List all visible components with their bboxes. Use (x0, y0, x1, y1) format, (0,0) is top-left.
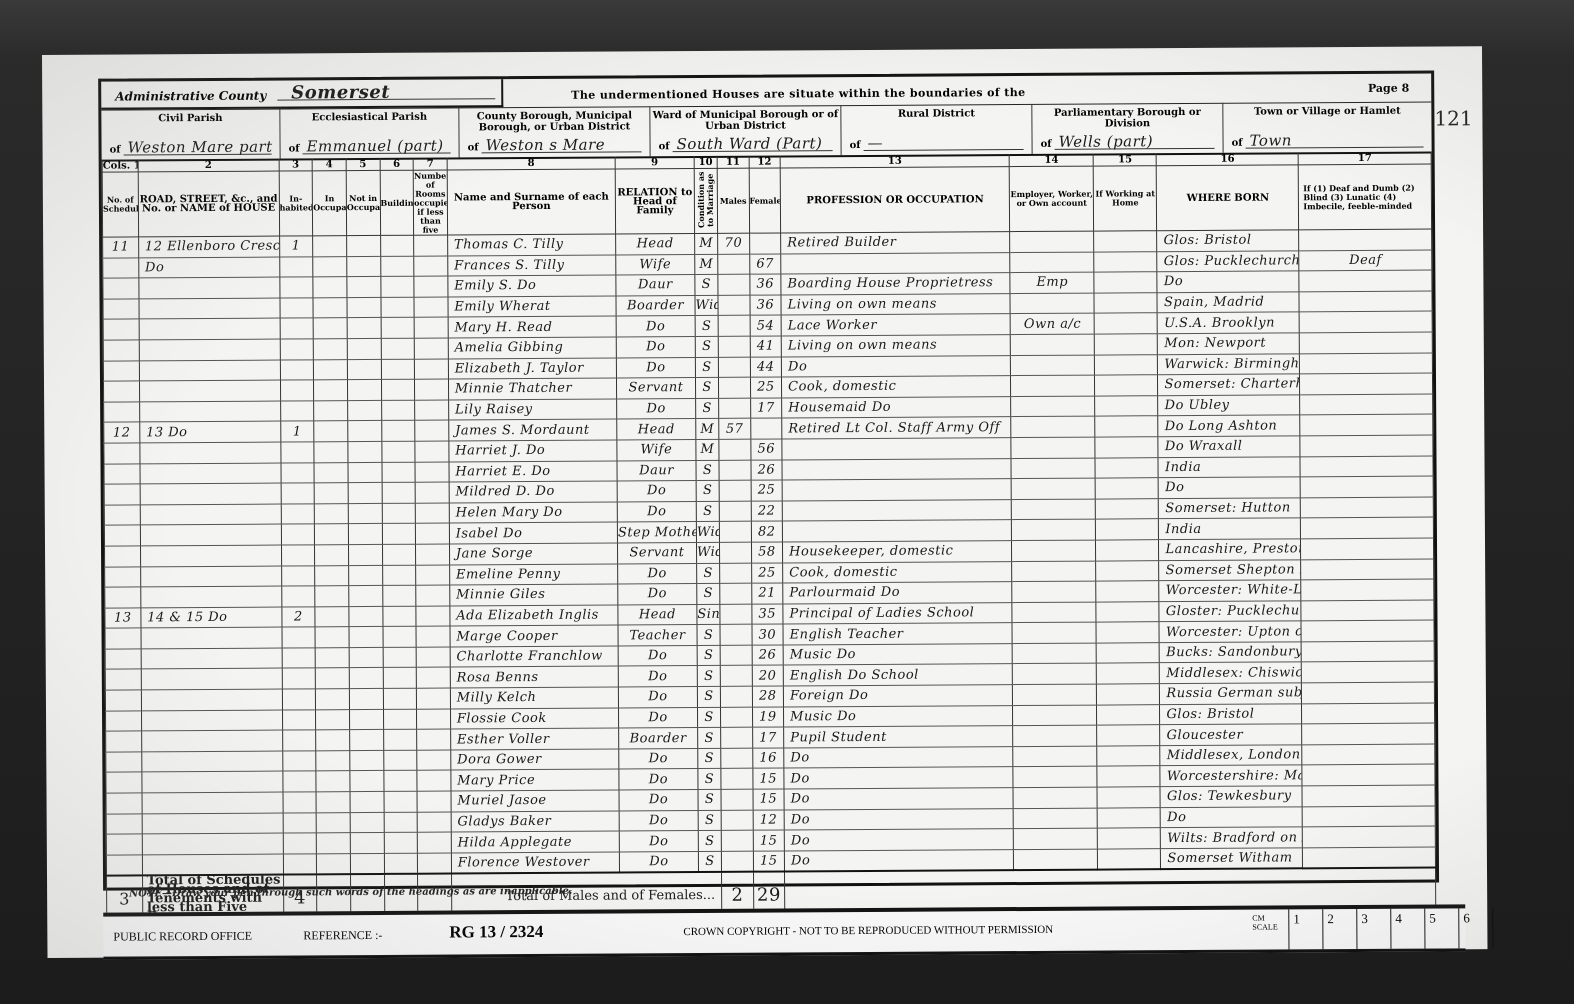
empty-cell (349, 709, 383, 730)
age-female: 17 (752, 727, 784, 748)
empty-cell (415, 503, 449, 524)
empty-cell (382, 565, 416, 586)
schedule-number (104, 484, 140, 505)
empty-cell (1095, 478, 1158, 499)
infirmity (1300, 373, 1433, 394)
person-name: Harriet E. Do (449, 461, 617, 483)
empty-cell (347, 256, 381, 277)
schedule-number (106, 834, 142, 855)
schedule-number (104, 443, 140, 464)
empty-cell (384, 812, 418, 833)
empty-cell (383, 750, 417, 771)
occupation: Do (784, 767, 1013, 789)
empty-cell (414, 317, 448, 338)
empty-cell (417, 812, 451, 833)
person-name: Muriel Jasoe (451, 790, 619, 812)
administrative-county-box: Administrative County Somerset (101, 79, 503, 109)
age-female: 17 (750, 398, 782, 419)
header-age-males: Males (717, 168, 749, 233)
district-ward: Ward of Municipal Borough or of Urban Di… (650, 105, 841, 156)
person-name: Hilda Applegate (451, 831, 619, 853)
schedule-number: 13 (105, 608, 141, 629)
relation: Boarder (619, 728, 698, 749)
empty-cell (416, 606, 450, 627)
empty-cell (417, 770, 451, 791)
employer-status (1011, 396, 1095, 417)
empty-cell (349, 668, 383, 689)
empty-cell (348, 441, 382, 462)
person-name: Mary H. Read (448, 316, 616, 338)
schedule-number (103, 360, 139, 381)
empty-cell (380, 235, 414, 256)
empty-cell (315, 524, 349, 545)
age-female: 19 (752, 707, 784, 728)
empty-cell (315, 648, 349, 669)
schedule-number (105, 649, 141, 670)
houses-inhabited (282, 689, 316, 710)
person-name: Minnie Giles (450, 584, 618, 606)
age-male (721, 830, 753, 851)
empty-cell (382, 482, 416, 503)
empty-cell (347, 297, 381, 318)
empty-cell (1094, 292, 1157, 313)
empty-cell (415, 482, 449, 503)
empty-cell (417, 750, 451, 771)
district-label: Ecclesiastical Parish (280, 107, 458, 123)
relation: Do (618, 666, 697, 687)
employer-status (1012, 643, 1096, 664)
person-name: Amelia Gibbing (448, 337, 616, 359)
empty-cell (1094, 231, 1157, 252)
occupation: Music Do (783, 643, 1012, 665)
age-male: 70 (718, 233, 750, 254)
person-name: Milly Kelch (450, 687, 618, 709)
empty-cell (383, 627, 417, 648)
empty-cell (418, 853, 452, 874)
empty-cell (1095, 354, 1158, 375)
schedule-number (103, 299, 139, 320)
empty-cell (1096, 581, 1159, 602)
relation: Do (617, 398, 696, 419)
empty-cell (381, 359, 415, 380)
where-born: Somerset Shepton Mallet (1159, 559, 1301, 580)
relation: Do (619, 790, 698, 811)
person-name: Harriet J. Do (449, 440, 617, 462)
infirmity (1301, 559, 1434, 580)
relation: Do (618, 645, 697, 666)
where-born: Worcester: White-Lady-Aston (1159, 580, 1301, 601)
empty-cell (349, 606, 383, 627)
district-value: Weston Mare part (128, 138, 273, 157)
where-born: Do (1159, 477, 1301, 498)
schedule-number (103, 340, 139, 361)
empty-cell (315, 586, 349, 607)
district-label: Rural District (841, 104, 1031, 120)
age-male (720, 583, 752, 604)
empty-cell (347, 277, 381, 298)
road-address (142, 771, 283, 792)
empty-cell (414, 297, 448, 318)
person-name: Isabel Do (449, 522, 617, 544)
age-male (719, 501, 751, 522)
houses-inhabited (282, 668, 316, 689)
road-address: 14 & 15 Do (141, 607, 282, 628)
age-female: 26 (752, 645, 784, 666)
road-address (139, 339, 280, 360)
empty-cell (350, 812, 384, 833)
empty-cell (415, 359, 449, 380)
empty-cell (416, 647, 450, 668)
where-born: Glos: Tewkesbury (1160, 786, 1302, 807)
houses-inhabited: 1 (279, 236, 313, 257)
employer-status (1011, 375, 1095, 396)
empty-cell (349, 688, 383, 709)
district-value: — (867, 134, 883, 152)
empty-cell (347, 380, 381, 401)
relation: Daur (617, 460, 696, 481)
record-office: PUBLIC RECORD OFFICE (113, 929, 252, 945)
road-address: 12 Ellenboro Crescent (138, 236, 279, 257)
age-female: 16 (752, 748, 784, 769)
houses-inhabited (280, 339, 314, 360)
schedule-number (104, 463, 140, 484)
empty-cell (417, 791, 451, 812)
empty-cell (348, 524, 382, 545)
infirmity: Deaf (1299, 250, 1432, 271)
employer-status (1011, 478, 1095, 499)
infirmity (1302, 744, 1435, 765)
empty-cell (349, 565, 383, 586)
marital-condition: S (696, 501, 719, 522)
schedule-number (106, 772, 142, 793)
empty-cell (314, 421, 348, 442)
empty-cell (1094, 313, 1157, 334)
schedule-number (105, 566, 141, 587)
empty-cell (316, 730, 350, 751)
empty-cell (414, 338, 448, 359)
empty-cell (414, 276, 448, 297)
employer-status (1011, 334, 1095, 355)
district-urban-district: County Borough, Municipal Borough, or Ur… (459, 106, 650, 157)
empty-cell (314, 442, 348, 463)
person-name: Helen Mary Do (449, 502, 617, 524)
empty-cell (314, 359, 348, 380)
infirmity (1300, 332, 1433, 353)
empty-cell (315, 606, 349, 627)
road-address (139, 401, 280, 422)
relation: Do (618, 584, 697, 605)
district-value: Emmanuel (part) (307, 137, 444, 156)
age-male (719, 521, 751, 542)
cm-scale: CM SCALE 1 2 3 4 5 6 (1248, 908, 1552, 950)
infirmity (1301, 476, 1434, 497)
empty-cell (316, 709, 350, 730)
empty-cell (1094, 251, 1157, 272)
district-label: County Borough, Municipal Borough, or Ur… (459, 106, 649, 133)
empty-cell (417, 688, 451, 709)
marital-condition: S (696, 480, 719, 501)
road-address (140, 463, 281, 484)
age-male (718, 377, 750, 398)
where-born: Glos: Pucklechurch (1157, 250, 1299, 271)
marital-condition: Single (697, 604, 720, 625)
cm-scale-label: CM SCALE (1248, 909, 1288, 949)
empty-cell (1098, 828, 1161, 849)
occupation (782, 479, 1011, 501)
where-born: Glos: Bristol (1160, 703, 1302, 724)
empty-cell (348, 400, 382, 421)
empty-cell (1095, 437, 1158, 458)
age-male (718, 316, 750, 337)
where-born: Do Long Ashton (1158, 415, 1300, 436)
houses-inhabited (282, 627, 316, 648)
houses-inhabited (280, 298, 314, 319)
schedule-number (106, 731, 142, 752)
occupation: Foreign Do (783, 685, 1012, 707)
where-born: Mon: Newport (1158, 333, 1300, 354)
occupation (782, 499, 1011, 521)
age-female: 15 (752, 768, 784, 789)
houses-inhabited (283, 771, 317, 792)
header-employer: Employer, Worker, or Own account (1009, 166, 1094, 232)
schedule-number (106, 814, 142, 835)
marital-condition: S (695, 378, 718, 399)
empty-cell (381, 379, 415, 400)
census-sheet: 121 Administrative County Somerset The u… (42, 46, 1487, 958)
empty-cell (348, 483, 382, 504)
road-address (140, 504, 281, 525)
empty-cell (316, 812, 350, 833)
empty-cell (384, 791, 418, 812)
where-born: Do Wraxall (1158, 436, 1300, 457)
district-label: Ward of Municipal Borough or of Urban Di… (650, 105, 840, 132)
district-value: Town (1249, 131, 1291, 149)
age-male (718, 254, 750, 275)
empty-cell (382, 462, 416, 483)
occupation: English Do School (783, 664, 1012, 686)
schedule-number: 12 (104, 422, 140, 443)
occupation (781, 252, 1010, 274)
schedule-number (104, 402, 140, 423)
schedule-number (106, 752, 142, 773)
houses-inhabited (279, 256, 313, 277)
marital-condition: S (697, 645, 720, 666)
employer-status (1013, 808, 1097, 829)
infirmity (1303, 847, 1436, 869)
empty-cell (348, 544, 382, 565)
empty-cell (349, 627, 383, 648)
relation: Do (619, 810, 698, 831)
occupation: Do (784, 808, 1013, 830)
age-male (719, 460, 751, 481)
marital-condition: Wid (695, 295, 718, 316)
where-born: Do (1161, 806, 1303, 827)
where-born: Bucks: Sandonbury (1160, 642, 1302, 663)
empty-cell (383, 709, 417, 730)
employer-status (1012, 602, 1096, 623)
empty-cell (414, 256, 448, 277)
empty-cell (383, 688, 417, 709)
empty-cell (1096, 540, 1159, 561)
person-name: Minnie Thatcher (448, 378, 616, 400)
employer-status (1010, 252, 1094, 273)
empty-cell (1095, 334, 1158, 355)
relation: Head (617, 419, 696, 440)
houses-inhabited (280, 359, 314, 380)
houses-inhabited (280, 380, 314, 401)
age-female: 15 (753, 851, 785, 872)
empty-cell (314, 339, 348, 360)
employer-status (1013, 725, 1097, 746)
where-born: U.S.A. Brooklyn (1158, 312, 1300, 333)
person-name: Thomas C. Tilly (447, 234, 615, 256)
marital-condition: M (696, 419, 719, 440)
person-name: Florence Westover (451, 852, 619, 874)
road-address (142, 792, 283, 813)
employer-status (1011, 355, 1095, 376)
where-born: Worcestershire: Malvern (1160, 765, 1302, 786)
empty-cell (382, 544, 416, 565)
empty-cell (1098, 807, 1161, 828)
district-civil-parish: Civil Parish of Weston Mare part (101, 109, 280, 160)
age-female: 30 (752, 624, 784, 645)
age-male (718, 336, 750, 357)
reference-number: RG 13 / 2324 (449, 922, 543, 943)
empty-cell (415, 420, 449, 441)
district-parliamentary: Parliamentary Borough or Division of Wel… (1032, 103, 1223, 154)
where-born: Russia German subject (1160, 683, 1302, 704)
empty-cell (1097, 643, 1160, 664)
empty-cell (416, 565, 450, 586)
houses-inhabited (281, 565, 315, 586)
road-address (140, 442, 281, 463)
empty-cell (316, 668, 350, 689)
empty-cell (384, 853, 418, 874)
administrative-county-label: Administrative County (115, 89, 266, 104)
occupation: Boarding House Proprietress (781, 273, 1010, 295)
where-born: Middlesex: Chiswick (1160, 662, 1302, 683)
occupation (782, 520, 1011, 542)
person-name: Elizabeth J. Taylor (448, 358, 616, 380)
empty-cell (380, 276, 414, 297)
relation: Step Mother (617, 522, 696, 543)
houses-inhabited (283, 792, 317, 813)
empty-cell (1096, 560, 1159, 581)
houses-inhabited (280, 401, 314, 422)
schedule-number (106, 793, 142, 814)
infirmity (1303, 826, 1436, 847)
age-male (720, 686, 752, 707)
employer-status (1013, 664, 1097, 685)
road-address (141, 730, 282, 751)
houses-inhabited (280, 318, 314, 339)
person-name: Gladys Baker (451, 811, 619, 833)
empty-cell (1096, 601, 1159, 622)
empty-cell (382, 524, 416, 545)
empty-cell (315, 627, 349, 648)
houses-inhabited (282, 709, 316, 730)
folio-number: 121 (1434, 106, 1472, 130)
empty-cell (347, 235, 381, 256)
infirmity (1302, 703, 1435, 724)
empty-cell (348, 503, 382, 524)
person-name: Esther Voller (450, 728, 618, 750)
age-female (749, 233, 781, 254)
where-born: Do Ubley (1158, 395, 1300, 416)
relation: Do (619, 748, 698, 769)
empty-cell (383, 668, 417, 689)
road-address (141, 710, 282, 731)
employer-status (1013, 787, 1097, 808)
marital-condition: S (698, 831, 721, 852)
relation: Do (618, 563, 697, 584)
relation: Do (619, 707, 698, 728)
employer-status (1012, 581, 1096, 602)
district-ecclesiastical-parish: Ecclesiastical Parish of Emmanuel (part) (280, 107, 459, 158)
schedule-number (105, 587, 141, 608)
empty-cell (348, 462, 382, 483)
header-condition: Condition as to Marriage (694, 168, 718, 233)
occupation: English Teacher (783, 623, 1012, 645)
empty-cell (315, 565, 349, 586)
person-name: James S. Mordaunt (449, 419, 617, 441)
relation: Do (619, 851, 698, 873)
houses-inhabited (283, 812, 317, 833)
road-address (141, 648, 282, 669)
header-inhabited: In-habited (279, 171, 313, 236)
employer-status (1014, 828, 1098, 849)
schedule-number (106, 855, 142, 876)
age-male (721, 851, 753, 872)
empty-cell (317, 853, 351, 874)
marital-condition: S (698, 769, 721, 790)
person-name: Dora Gower (451, 749, 619, 771)
schedule-number (106, 711, 142, 732)
occupation: Do (784, 788, 1013, 810)
occupation: Do (784, 849, 1013, 871)
where-born: Spain, Madrid (1157, 292, 1299, 313)
age-male (720, 624, 752, 645)
marital-condition: S (695, 357, 718, 378)
person-name: Rosa Benns (450, 666, 618, 688)
empty-cell (416, 585, 450, 606)
person-name: Emily Wherat (448, 296, 616, 318)
where-born: Somerset Witham (1161, 848, 1303, 870)
empty-cell (1097, 766, 1160, 787)
marital-condition: S (698, 810, 721, 831)
header-in-occupation: In Occupation (312, 171, 346, 236)
age-male (719, 439, 751, 460)
relation: Servant (617, 378, 696, 399)
employer-status (1012, 622, 1096, 643)
relation: Do (616, 357, 695, 378)
occupation: Parlourmaid Do (783, 582, 1012, 604)
empty-cell (1097, 684, 1160, 705)
empty-cell (350, 853, 384, 874)
empty-cell (314, 462, 348, 483)
empty-cell (350, 791, 384, 812)
employer-status (1010, 231, 1094, 252)
empty-cell (382, 503, 416, 524)
age-female: 21 (751, 583, 783, 604)
where-born: India (1158, 456, 1300, 477)
age-male (721, 789, 753, 810)
empty-cell (417, 729, 451, 750)
age-female: 41 (750, 336, 782, 357)
houses-inhabited: 1 (280, 421, 314, 442)
infirmity (1299, 229, 1432, 250)
age-female: 20 (752, 665, 784, 686)
